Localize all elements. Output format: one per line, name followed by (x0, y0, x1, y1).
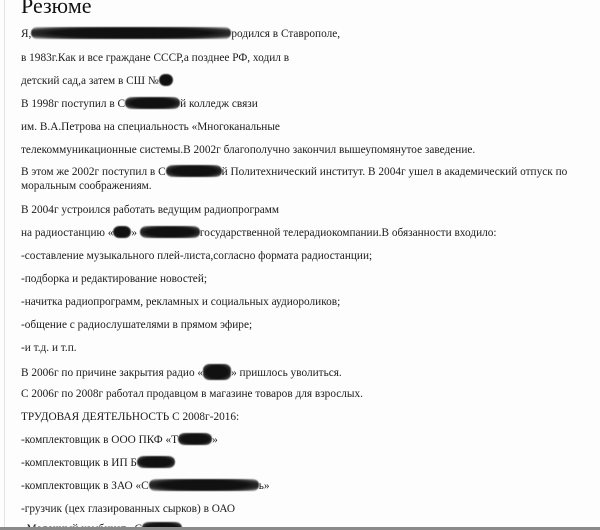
line-text: й колледж связи (180, 98, 258, 110)
paragraph-line: -начитка радиопрограмм, рекламных и соци… (21, 295, 340, 309)
line-text: на радиостанцию « (21, 227, 113, 239)
paragraph-line: -общение с радиослушателями в прямом эфи… (21, 318, 252, 332)
redacted-school-number (159, 74, 173, 86)
paragraph-line: в 1983г.Как и все граждане СССР,а поздне… (21, 51, 289, 65)
paragraph-line: детский сад,а затем в СШ № (21, 74, 173, 88)
paragraph-line: В 2006г по причине закрытия радио «» при… (21, 364, 342, 380)
paragraph-line: -подборка и редактирование новостей; (21, 272, 207, 286)
paragraph-line: на радиостанцию «» государственной телер… (21, 226, 497, 240)
redacted-name (137, 456, 175, 468)
document-page: Резюме Я,родился в Ставрополе, в 1983г.К… (4, 0, 600, 528)
paragraph-line: -грузчик (цех глазированных сырков) в ОА… (21, 502, 235, 516)
paragraph-line: -и т.д. и т.п. (21, 341, 77, 355)
redacted-company (149, 479, 259, 491)
redacted-name (31, 27, 231, 39)
line-text: родился в Ставрополе, (231, 28, 340, 40)
paragraph-line: В этом же 2002г поступил в Сй Политехнич… (21, 165, 581, 193)
redacted-city (166, 165, 222, 177)
paragraph-line: -составление музыкального плей-листа,сог… (21, 249, 372, 263)
line-text: В 1998г поступил в С (21, 98, 125, 110)
line-text: » пришлось уволиться. (231, 367, 342, 379)
redacted-station (113, 226, 131, 238)
document-title: Резюме (21, 0, 92, 19)
paragraph-line: Я,родился в Ставрополе, (21, 27, 340, 41)
paragraph-line: -комплектовщик в ИП Б (21, 456, 175, 470)
line-text: » (212, 434, 218, 446)
paragraph-line: -комплектовщик в ООО ПКФ «Т» (21, 433, 218, 447)
paragraph-line: -комплектовщик в ЗАО «Сь» (21, 479, 270, 493)
line-text: В 2006г по причине закрытия радио « (21, 367, 203, 379)
line-text: В этом же 2002г поступил в С (21, 166, 166, 178)
redacted-city (125, 97, 180, 109)
line-text: » (131, 227, 139, 239)
line-text: -комплектовщик в ООО ПКФ «Т (21, 434, 178, 446)
paragraph-line: С 2006г по 2008г работал продавцом в маг… (21, 387, 363, 401)
redacted-company (178, 433, 212, 445)
paragraph-line: В 1998г поступил в Сй колледж связи (21, 97, 258, 111)
line-text: -комплектовщик в ЗАО «С (21, 480, 149, 492)
line-text: детский сад,а затем в СШ № (21, 75, 159, 87)
paragraph-line: В 2004г устроился работать ведущим радио… (21, 203, 279, 217)
line-text: государственной телерадиокомпании.В обяз… (200, 227, 497, 239)
section-heading: ТРУДОВАЯ ДЕЯТЕЛЬНОСТЬ С 2008г-2016: (21, 410, 239, 424)
line-text: ь» (259, 480, 270, 492)
line-text: Я, (21, 28, 31, 40)
redacted-company (140, 226, 200, 238)
redacted-station (203, 364, 231, 380)
line-text: -комплектовщик в ИП Б (21, 457, 137, 469)
paragraph-line: телекоммуникационные системы.В 2002г бла… (21, 143, 475, 157)
paragraph-line: им. В.А.Петрова на специальность «Многок… (21, 120, 280, 134)
